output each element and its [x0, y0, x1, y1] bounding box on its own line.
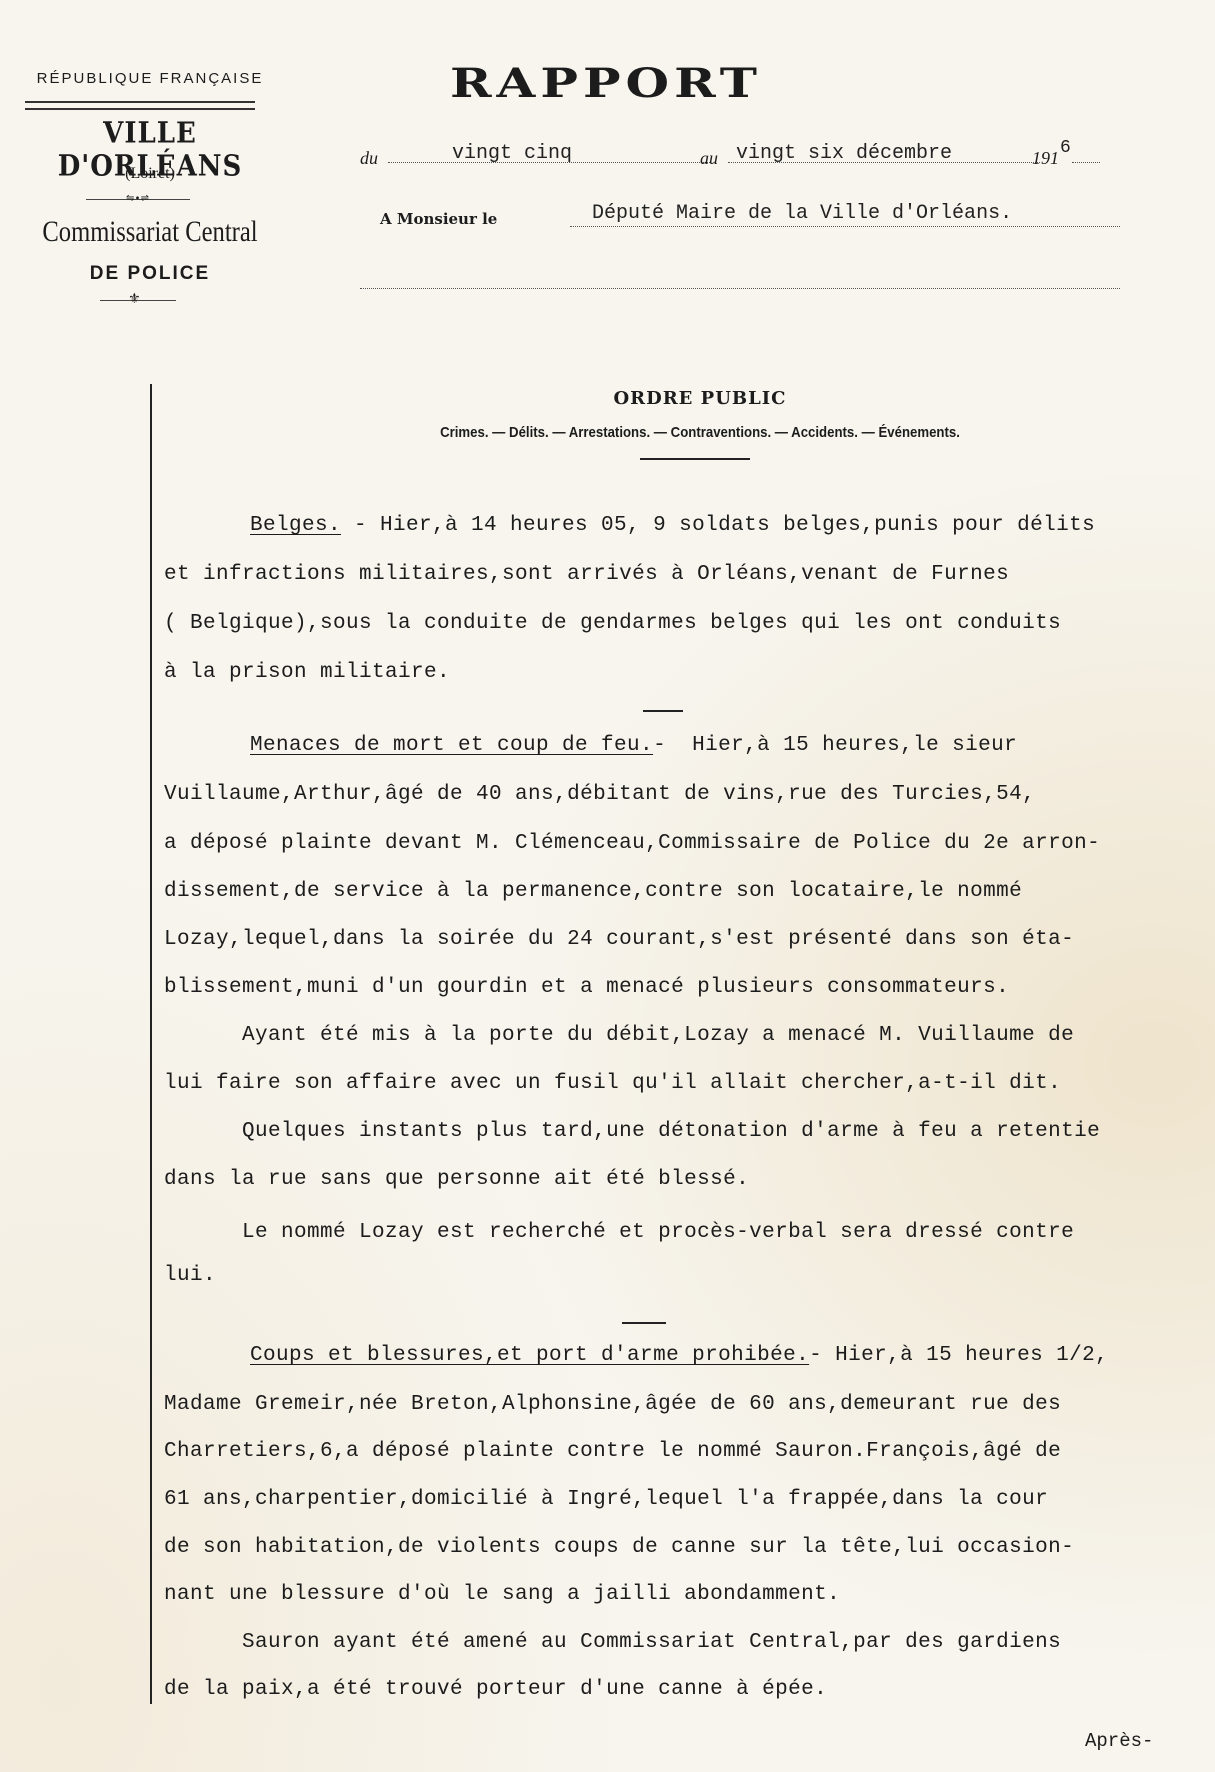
continuation-word: Après-: [1085, 1730, 1153, 1752]
entry-line: dissement,de service à la permanence,con…: [164, 880, 1022, 903]
entry-line: blissement,muni d'un gourdin et a menacé…: [164, 976, 1009, 999]
republic-label: RÉPUBLIQUE FRANÇAISE: [20, 70, 280, 87]
entry-line: Sauron ayant été amené au Commissariat C…: [164, 1631, 1061, 1654]
date-from-label: du: [360, 148, 378, 169]
entry-heading: Coups et blessures,et port d'arme prohib…: [250, 1344, 809, 1367]
entry-line: Ayant été mis à la porte du débit,Lozay …: [164, 1024, 1074, 1047]
section-title: ORDRE PUBLIC: [350, 388, 1050, 409]
ornament-icon: ⇋∙⇌: [126, 193, 149, 204]
entry-line: lui faire son affaire avec un fusil qu'i…: [164, 1072, 1061, 1095]
section-categories: Crimes. — Délits. — Arrestations. — Cont…: [374, 424, 1025, 441]
entry-line: dans la rue sans que personne ait été bl…: [164, 1168, 749, 1191]
department-label: (Loiret): [20, 165, 280, 183]
date-line: du vingt cinq au vingt six décembre 191 …: [360, 140, 1120, 170]
address-line: A Monsieur le Député Maire de la Ville d…: [380, 200, 1120, 232]
report-title: RAPPORT: [450, 60, 1200, 107]
address-label: A Monsieur le: [380, 210, 497, 228]
date-from-value: vingt cinq: [452, 142, 572, 165]
office-subtitle: DE POLICE: [20, 263, 280, 285]
double-rule-divider: [25, 101, 255, 110]
entry-heading: Menaces de mort et coup de feu.: [250, 734, 653, 757]
entry-line: 61 ans,charpentier,domicilié à Ingré,leq…: [164, 1488, 1048, 1511]
entry-heading: Belges.: [250, 514, 341, 537]
entry-divider: [622, 1322, 666, 1324]
margin-rule: [150, 384, 152, 1704]
entry-line: à la prison militaire.: [164, 661, 450, 684]
address-value: Député Maire de la Ville d'Orléans.: [592, 202, 1012, 225]
entry-line: Quelques instants plus tard,une détonati…: [164, 1120, 1100, 1143]
entry-menaces-line-1: Menaces de mort et coup de feu.- Hier,à …: [250, 734, 1017, 757]
entry-line: et infractions militaires,sont arrivés à…: [164, 563, 1009, 586]
entry-line: lui.: [164, 1264, 216, 1287]
entry-line: de la paix,a été trouvé porteur d'une ca…: [164, 1678, 827, 1701]
entry-line: Madame Gremeir,née Breton,Alphonsine,âgé…: [164, 1393, 1061, 1416]
entry-line: Charretiers,6,a déposé plainte contre le…: [164, 1440, 1061, 1463]
address-continuation-line: [360, 288, 1120, 289]
entry-divider: [643, 710, 683, 712]
entry-line: Lozay,lequel,dans la soirée du 24 couran…: [164, 928, 1074, 951]
entry-coups-line-1: Coups et blessures,et port d'arme prohib…: [250, 1344, 1108, 1367]
entry-belges-line-1: Belges. - Hier,à 14 heures 05, 9 soldats…: [250, 514, 1095, 537]
entry-line: de son habitation,de violents coups de c…: [164, 1536, 1074, 1559]
entry-line: ( Belgique),sous la conduite de gendarme…: [164, 612, 1061, 635]
office-name: Commissariat Central: [39, 215, 260, 249]
entry-line: Le nommé Lozay est recherché et procès-v…: [164, 1221, 1074, 1244]
section-divider: [640, 458, 750, 460]
year-prefix: 191: [1032, 148, 1059, 169]
entry-line: Vuillaume,Arthur,âgé de 40 ans,débitant …: [164, 783, 1035, 806]
year-field: [1072, 140, 1100, 163]
date-to-value: vingt six décembre: [736, 142, 952, 165]
fleuron-icon: ⚜: [128, 291, 141, 307]
entry-line: nant une blessure d'où le sang a jailli …: [164, 1583, 840, 1606]
entry-line: a déposé plainte devant M. Clémenceau,Co…: [164, 832, 1100, 855]
year-suffix: 6: [1060, 138, 1071, 158]
date-to-label: au: [700, 148, 718, 169]
